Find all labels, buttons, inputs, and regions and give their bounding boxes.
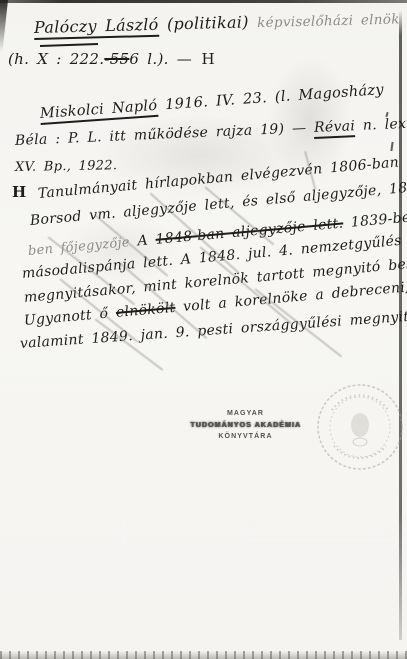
library-stamp-line3: KÖNYVTÁRA <box>178 431 313 443</box>
source-cite: 1916. IV. 23. (l. Magosházy <box>165 82 385 113</box>
library-stamp-line1: MAGYAR <box>178 408 313 420</box>
ink-tick <box>390 142 393 151</box>
person-name: Palóczy László <box>34 15 159 40</box>
source-line2a: Béla : P. L. itt működése rajza 19) — <box>15 120 307 149</box>
photo-edge-corner <box>0 0 8 52</box>
reference-line: (h. X : 222.-556 l.). — H <box>8 50 216 68</box>
source-line-1: Miskolci Napló 1916. IV. 23. (l. Magoshá… <box>39 82 384 122</box>
library-stamp-line2: TUDOMÁNYOS AKADÉMIA <box>178 420 313 432</box>
photo-edge-top <box>0 0 407 3</box>
ref-part2: 6 l.). <box>129 50 168 68</box>
margin-h-mark: H <box>12 183 26 201</box>
source-line2b: n. lexikon. <box>363 114 407 133</box>
journal-name: Miskolci Napló <box>39 98 158 125</box>
title-line: Palóczy László (politikai) képviselőházi… <box>34 8 400 37</box>
ref-struck: -55 <box>104 50 129 68</box>
revai-name: Révai <box>314 118 356 139</box>
body-line-3-a: A <box>137 233 149 250</box>
source-line-3: XV. Bp., 1922. <box>15 158 118 175</box>
body-line-3-pencil: ben főjegyzője <box>27 235 130 259</box>
title-paren: (politikai) <box>167 12 249 33</box>
scanned-document: Palóczy László (politikai) képviselőházi… <box>0 0 407 659</box>
round-stamp-icon <box>312 380 407 476</box>
ref-dash-h: — H <box>177 50 216 68</box>
library-stamp: MAGYAR TUDOMÁNYOS AKADÉMIA KÖNYVTÁRA <box>178 408 313 443</box>
title-role-pencil: képviselőházi elnök <box>257 11 400 31</box>
ref-part1: (h. X : 222. <box>8 50 104 68</box>
title-second-underline <box>40 43 98 47</box>
photo-edge-bottom <box>0 651 407 659</box>
